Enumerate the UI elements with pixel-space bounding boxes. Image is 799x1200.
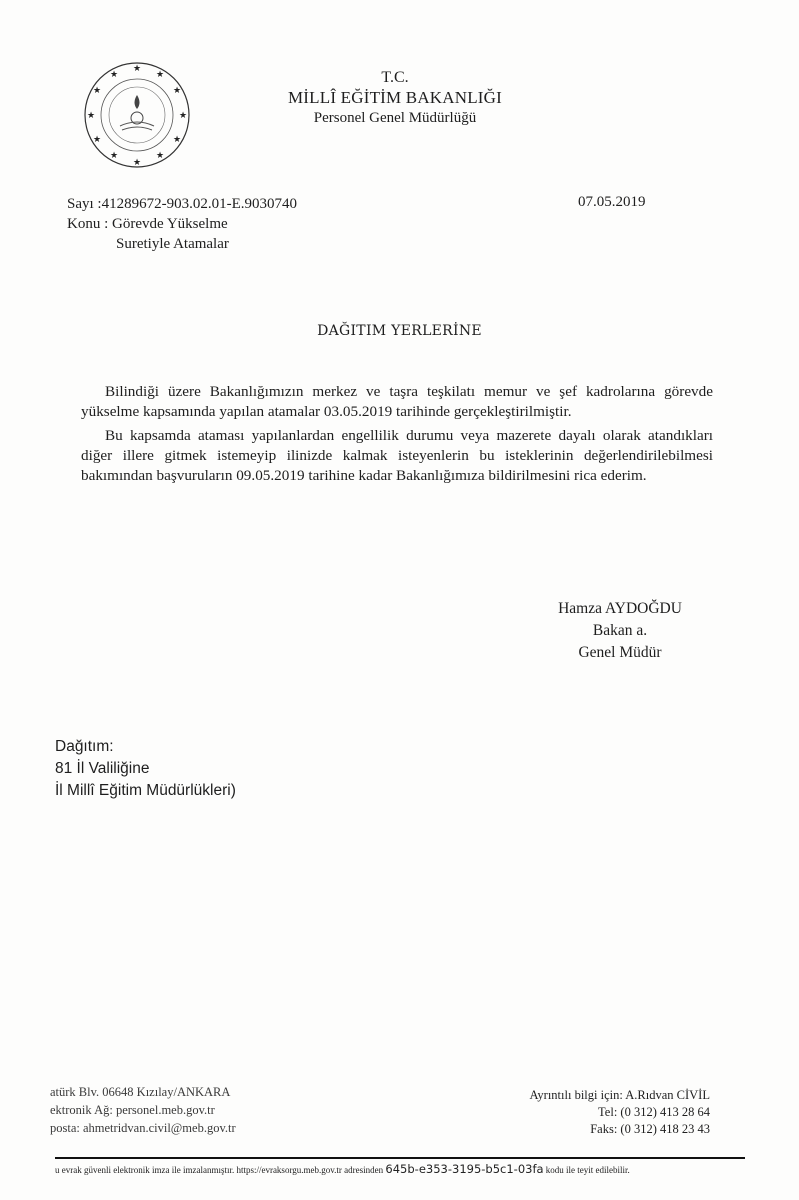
footer-email-line: posta: ahmetridvan.civil@meb.gov.tr bbox=[50, 1119, 236, 1137]
distribution-item: İl Millî Eğitim Müdürlükleri) bbox=[55, 780, 236, 802]
letterhead: T.C. MİLLÎ EĞİTİM BAKANLIĞI Personel Gen… bbox=[250, 68, 540, 128]
signer-title-1: Bakan a. bbox=[520, 620, 720, 642]
footer-contact-person: Ayrıntılı bilgi için: A.Rıdvan CİVİL bbox=[500, 1087, 710, 1104]
document-meta: Sayı :41289672-903.02.01-E.9030740 Konu … bbox=[67, 194, 297, 254]
sayi-label: Sayı bbox=[67, 196, 94, 212]
footer-divider bbox=[55, 1157, 745, 1159]
signature-block: Hamza AYDOĞDU Bakan a. Genel Müdür bbox=[520, 598, 720, 664]
distribution-label: Dağıtım: bbox=[55, 736, 236, 758]
ministry-seal-icon: ★★★ ★★★ ★★★ ★★★ bbox=[82, 60, 192, 170]
signer-title-2: Genel Müdür bbox=[520, 642, 720, 664]
footer-contact: Ayrıntılı bilgi için: A.Rıdvan CİVİL Tel… bbox=[500, 1087, 710, 1138]
svg-text:★: ★ bbox=[93, 86, 101, 96]
verify-prefix: u evrak güvenli elektronik imza ile imza… bbox=[55, 1165, 383, 1175]
header-directorate: Personel Genel Müdürlüğü bbox=[250, 108, 540, 128]
svg-text:★: ★ bbox=[133, 64, 141, 74]
header-ministry: MİLLÎ EĞİTİM BAKANLIĞI bbox=[250, 88, 540, 108]
konu-label: Konu bbox=[67, 216, 100, 232]
body-paragraph: Bu kapsamda ataması yapılanlardan engell… bbox=[81, 426, 713, 486]
verify-suffix: kodu ile teyit edilebilir. bbox=[546, 1165, 630, 1175]
konu-value-cont: Suretiyle Atamalar bbox=[67, 234, 297, 254]
letter-body: Bilindiği üzere Bakanlığımızın merkez ve… bbox=[81, 382, 713, 490]
svg-text:★: ★ bbox=[173, 86, 181, 96]
addressee: DAĞITIM YERLERİNE bbox=[0, 323, 799, 339]
document-date: 07.05.2019 bbox=[578, 194, 646, 211]
svg-text:★: ★ bbox=[93, 135, 101, 145]
distribution-item: 81 İl Valiliğine bbox=[55, 758, 236, 780]
svg-text:★: ★ bbox=[110, 151, 118, 161]
footer-fax: Faks: (0 312) 418 23 43 bbox=[500, 1121, 710, 1138]
footer-address-line: atürk Blv. 06648 Kızılay/ANKARA bbox=[50, 1083, 236, 1101]
svg-text:★: ★ bbox=[179, 111, 187, 121]
svg-text:★: ★ bbox=[156, 151, 164, 161]
svg-text:★: ★ bbox=[156, 70, 164, 80]
verify-code: 645b-e353-3195-b5c1-03fa bbox=[385, 1162, 543, 1176]
footer-phone: Tel: (0 312) 413 28 64 bbox=[500, 1104, 710, 1121]
svg-text:★: ★ bbox=[133, 158, 141, 168]
distribution-list: Dağıtım: 81 İl Valiliğine İl Millî Eğiti… bbox=[55, 736, 236, 802]
signer-name: Hamza AYDOĞDU bbox=[520, 598, 720, 620]
body-paragraph: Bilindiği üzere Bakanlığımızın merkez ve… bbox=[81, 382, 713, 422]
konu-value: : Görevde Yükselme bbox=[104, 216, 228, 232]
svg-text:★: ★ bbox=[173, 135, 181, 145]
footer-address: atürk Blv. 06648 Kızılay/ANKARA ektronik… bbox=[50, 1083, 236, 1137]
sayi-value: :41289672-903.02.01-E.9030740 bbox=[97, 196, 297, 212]
svg-text:★: ★ bbox=[110, 70, 118, 80]
svg-text:★: ★ bbox=[87, 111, 95, 121]
verification-line: u evrak güvenli elektronik imza ile imza… bbox=[55, 1162, 630, 1176]
header-tc: T.C. bbox=[250, 68, 540, 88]
footer-web-line: ektronik Ağ: personel.meb.gov.tr bbox=[50, 1101, 236, 1119]
